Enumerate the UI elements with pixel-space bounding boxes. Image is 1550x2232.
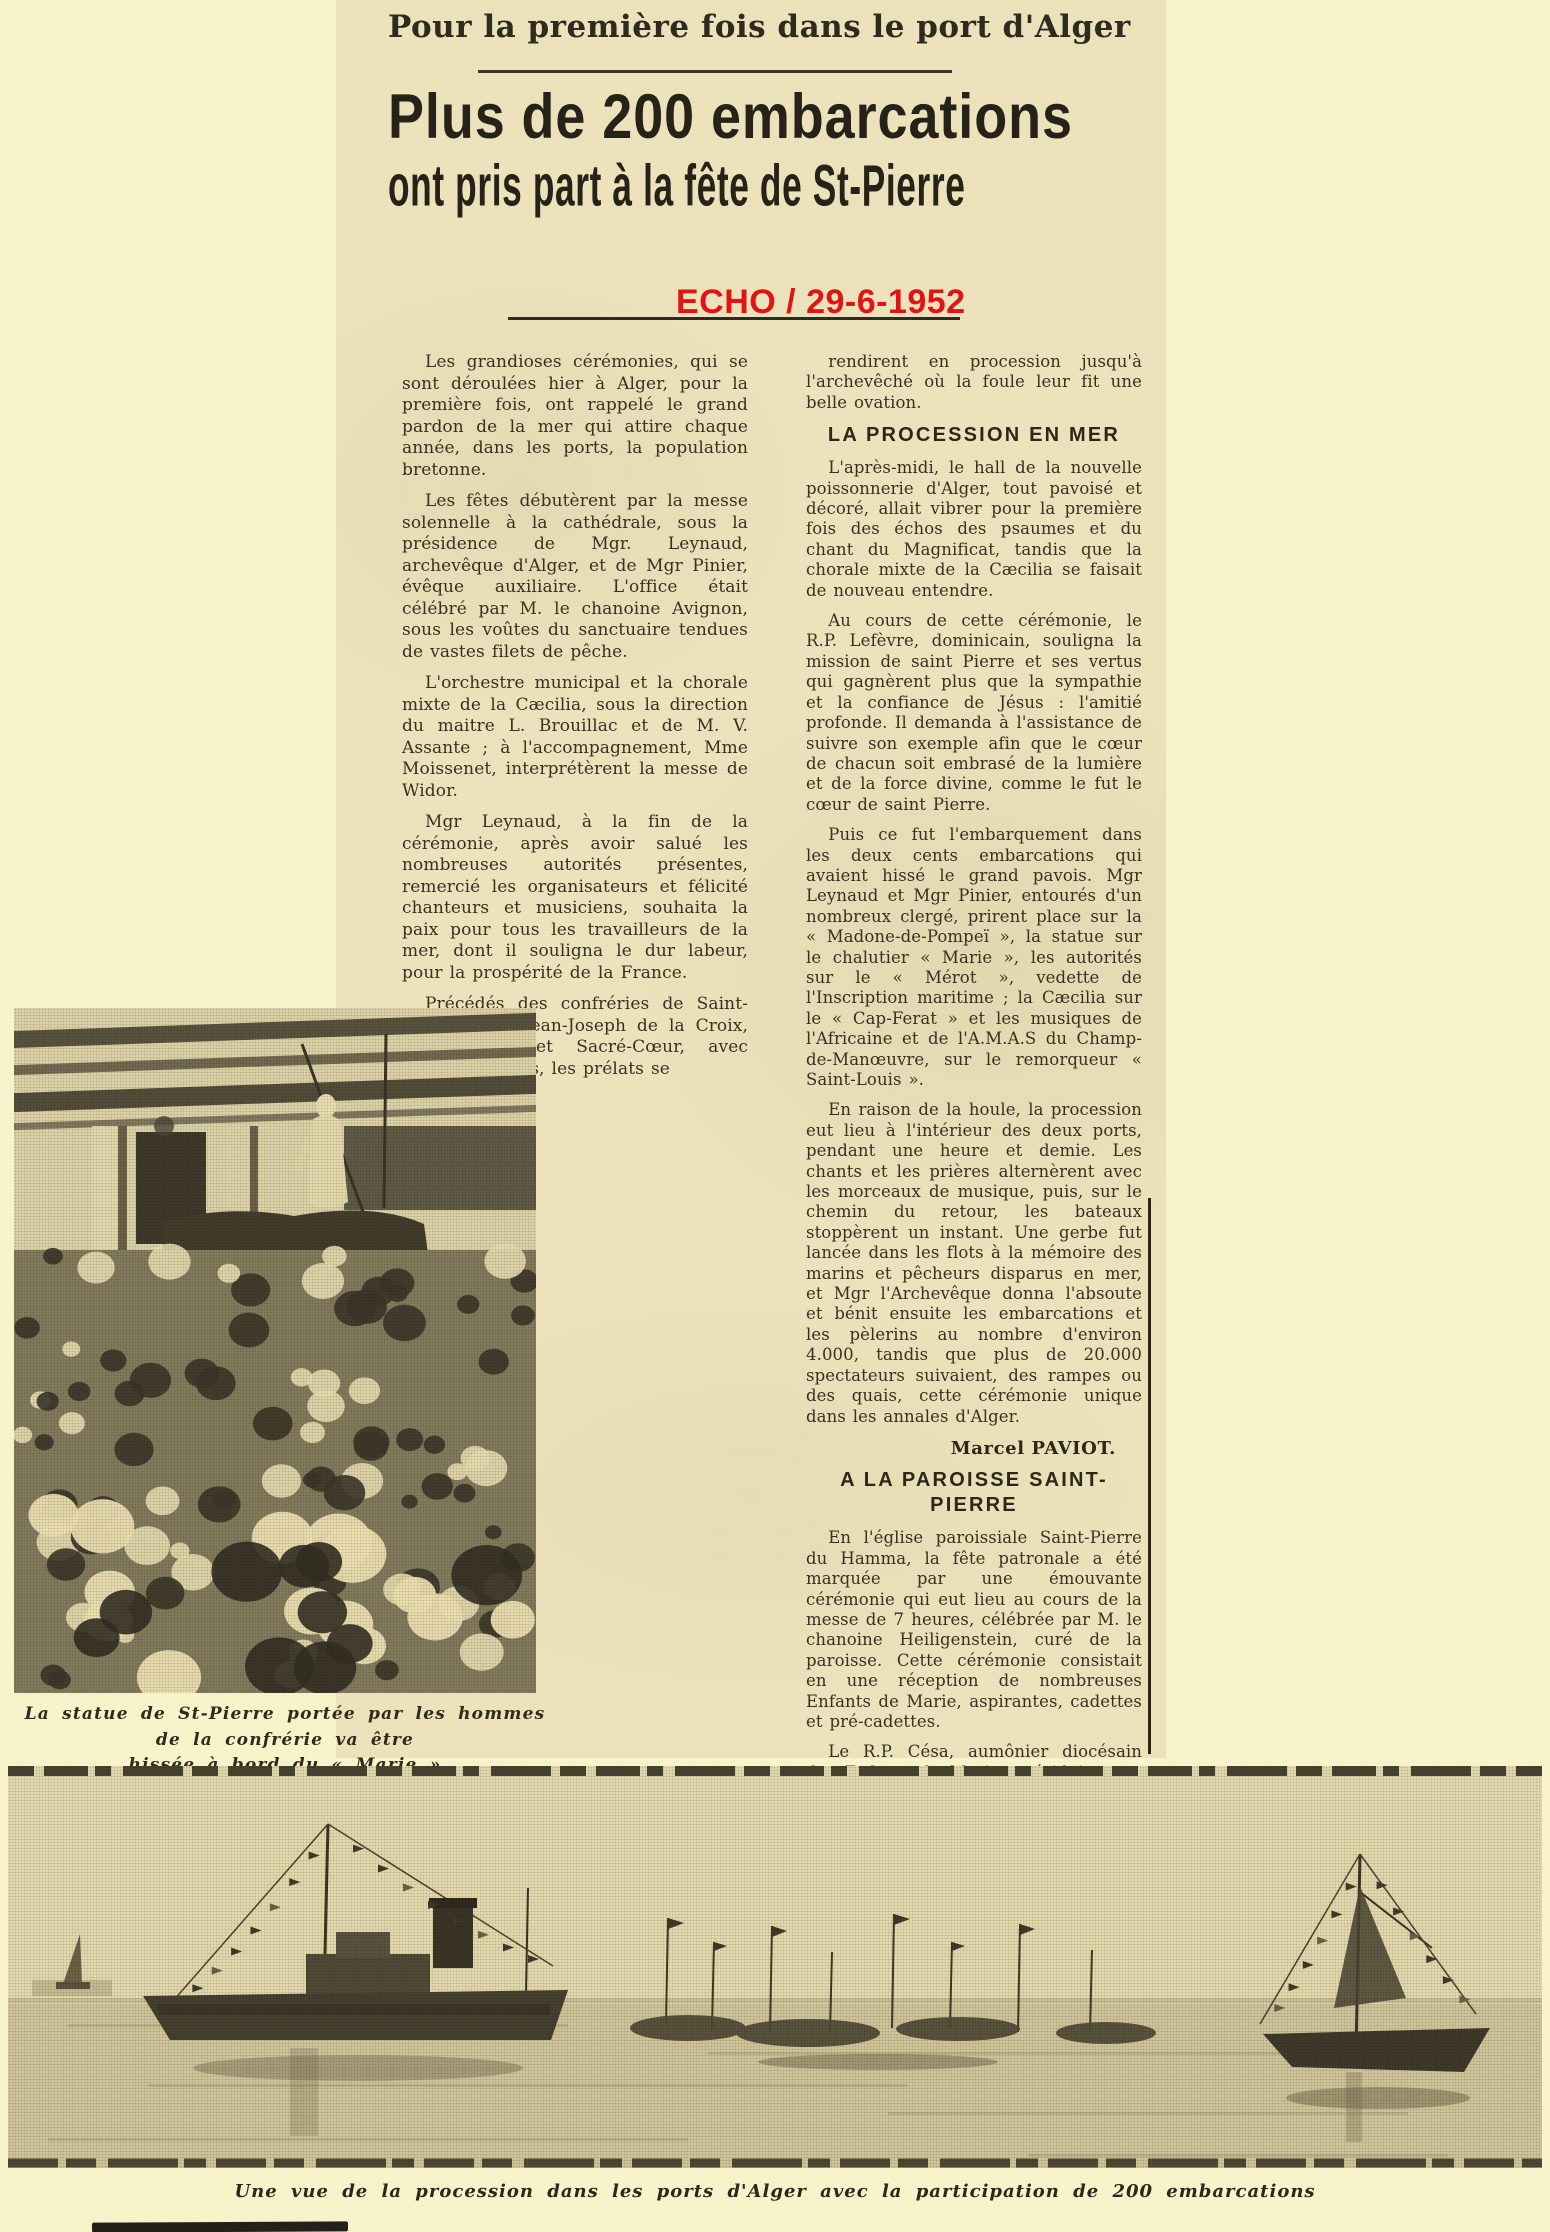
byline: Marcel PAVIOT.	[806, 1437, 1142, 1460]
section-subhead: A LA PAROISSE SAINT-PIERRE	[806, 1468, 1142, 1518]
column-edge-rule	[1148, 1198, 1151, 1754]
crowd-caption-line1: La statue de St-Pierre portée par les ho…	[10, 1702, 560, 1753]
article-paragraph: L'orchestre municipal et la chorale mixt…	[402, 673, 748, 802]
article-paragraph: En l'église paroissiale Saint-Pierre du …	[806, 1528, 1142, 1732]
article-paragraph: Mgr Leynaud, à la fin de la cérémonie, a…	[402, 812, 748, 984]
kicker-headline: Pour la première fois dans le port d'Alg…	[388, 8, 1131, 47]
section-subhead: LA PROCESSION EN MER	[806, 423, 1142, 448]
kicker-rule	[478, 70, 952, 73]
harbor-photo-caption: Une vue de la procession dans les ports …	[0, 2180, 1550, 2203]
headline-line2: ont pris part à la fête de St-Pierre	[388, 156, 966, 215]
article-paragraph: Les fêtes débutèrent par la messe solenn…	[402, 491, 748, 663]
porch-shadow	[344, 1126, 536, 1210]
headline-line1: Plus de 200 embarcations	[388, 86, 1073, 149]
article-paragraph: Les grandioses cérémonies, qui se sont d…	[402, 352, 748, 481]
article-column-1: Les grandioses cérémonies, qui se sont d…	[402, 352, 748, 1090]
harbor-photo-illustration	[8, 1766, 1542, 2168]
crowd-photo	[14, 1008, 536, 1693]
date-stamp: ECHO / 29-6-1952	[676, 285, 966, 319]
harbor-photo	[8, 1766, 1542, 2168]
article-paragraph: En raison de la houle, la procession eut…	[806, 1100, 1142, 1427]
adjacent-clipping-edge	[92, 2221, 348, 2232]
article-paragraph: Puis ce fut l'embarquement dans les deux…	[806, 825, 1142, 1090]
article-paragraph: Au cours de cette cérémonie, le R.P. Lef…	[806, 611, 1142, 815]
article-paragraph: rendirent en procession jusqu'à l'archev…	[806, 352, 1142, 413]
column	[92, 1126, 118, 1261]
article-paragraph: L'après-midi, le hall de la nouvelle poi…	[806, 458, 1142, 601]
article-column-2: rendirent en procession jusqu'à l'archev…	[806, 352, 1142, 1961]
crowd-photo-illustration	[14, 1008, 536, 1693]
